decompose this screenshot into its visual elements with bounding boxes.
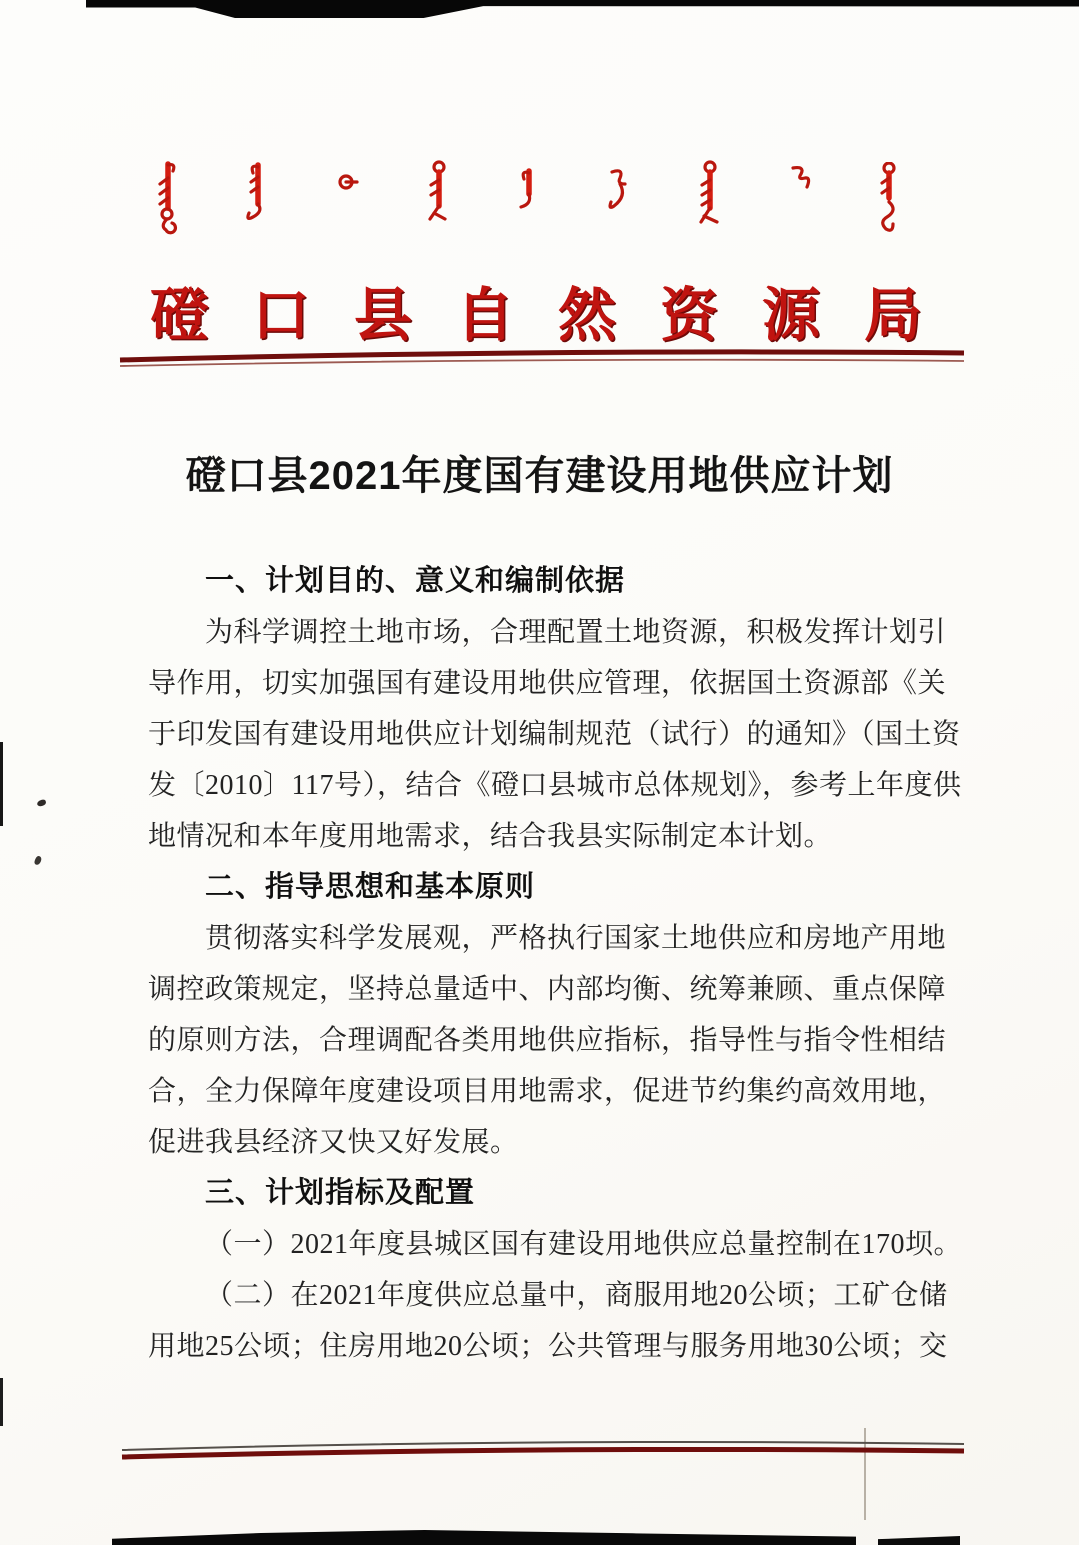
mongolian-glyph-7 [694, 160, 726, 230]
agency-name: 磴口县自然资源局 [150, 268, 966, 352]
mongolian-glyph-2 [243, 162, 273, 222]
document-body: 一、计划目的、意义和编制依据 为科学调控土地市场，合理配置土地资源，积极发挥计划… [148, 556, 993, 1372]
letterhead-double-rule [118, 346, 968, 370]
body-line: （二）在2021年度供应总量中，商服用地20公顷；工矿仓储 [148, 1270, 993, 1321]
scan-artifact-speck [36, 799, 46, 807]
body-line: 于印发国有建设用地供应计划编制规范（试行）的通知》（国土资 [148, 709, 993, 760]
body-line: 导作用，切实加强国有建设用地供应管理，依据国土资源部《关 [148, 658, 993, 709]
body-line: 的原则方法，合理调配各类用地供应指标，指导性与指令性相结 [148, 1015, 993, 1066]
mongolian-glyph-1 [152, 160, 182, 236]
body-line: 用地25公顷；住房用地20公顷；公共管理与服务用地30公顷；交 [148, 1321, 993, 1372]
body-line: 地情况和本年度用地需求，结合我县实际制定本计划。 [148, 811, 993, 862]
scan-artifact-speck [34, 855, 43, 866]
scan-artifact-bottom-bar-right [878, 1536, 960, 1545]
footer-double-rule [118, 1434, 968, 1462]
scanned-document-page: 磴口县自然资源局 磴口县2021年度国有建设用地供应计划 一、计划目的、意义和编… [0, 0, 1079, 1545]
mongolian-glyph-9 [874, 162, 904, 236]
mongolian-script-row [152, 160, 904, 236]
body-line: 发〔2010〕117号），结合《磴口县城市总体规划》，参考上年度供 [148, 760, 993, 811]
body-line: 调控政策规定，坚持总量适中、内部均衡、统筹兼顾、重点保障 [148, 964, 993, 1015]
document-title: 磴口县2021年度国有建设用地供应计划 [0, 444, 1079, 501]
scan-artifact-left-edge-line-lower [0, 1378, 3, 1426]
scan-artifact-top-bar [86, 0, 1079, 18]
mongolian-glyph-3 [335, 172, 361, 192]
body-line: （一）2021年度县城区国有建设用地供应总量控制在170坝。 [148, 1219, 993, 1270]
section-heading-2: 二、指导思想和基本原则 [148, 862, 993, 913]
mongolian-glyph-4 [422, 160, 454, 228]
body-line: 贯彻落实科学发展观，严格执行国家土地供应和房地产用地 [148, 913, 993, 964]
mongolian-glyph-5 [515, 168, 543, 210]
body-line: 促进我县经济又快又好发展。 [148, 1117, 993, 1168]
mongolian-glyph-8 [787, 164, 813, 192]
section-heading-1: 一、计划目的、意义和编制依据 [148, 556, 993, 607]
body-line: 合，全力保障年度建设项目用地需求，促进节约集约高效用地， [148, 1066, 993, 1117]
mongolian-glyph-6 [604, 166, 632, 212]
scan-artifact-left-edge-line [0, 742, 3, 826]
scan-artifact-bottom-bar [112, 1530, 856, 1545]
body-line: 为科学调控土地市场，合理配置土地资源，积极发挥计划引 [148, 607, 993, 658]
section-heading-3: 三、计划指标及配置 [148, 1168, 993, 1219]
